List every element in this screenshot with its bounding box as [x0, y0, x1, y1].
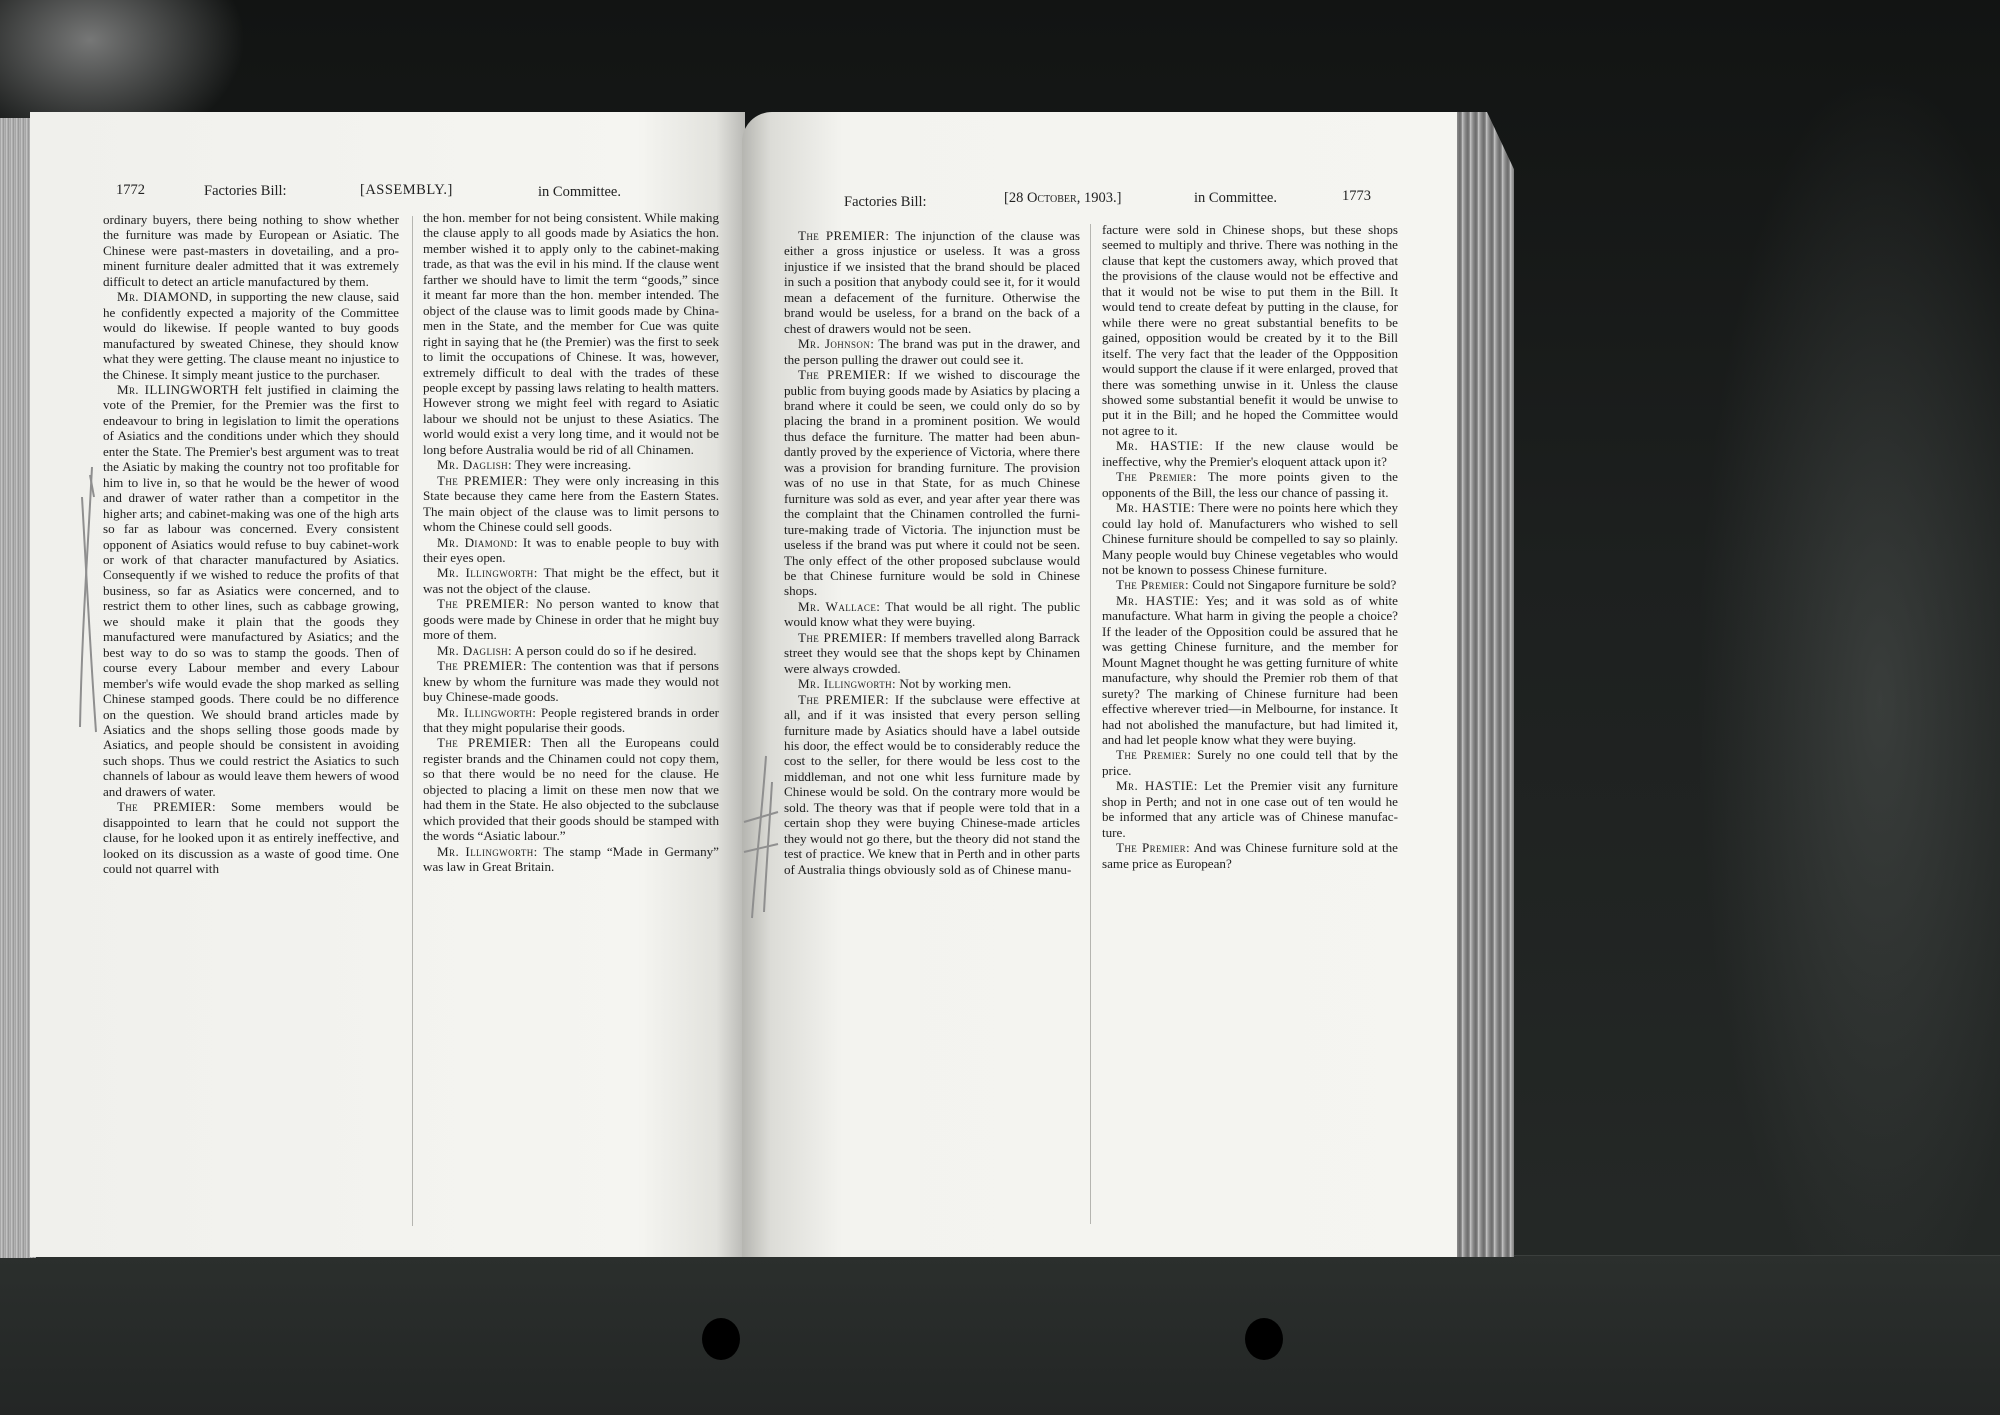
paragraph: The PREMIER: If we wished to dis­courage…	[784, 367, 1080, 599]
page-number-right: 1773	[1342, 188, 1371, 205]
paragraph: the hon. member for not being consistent…	[423, 210, 719, 457]
committee-label-right: in Committee.	[1194, 190, 1277, 207]
speaker-name: The Premier:	[1116, 469, 1197, 484]
paragraph: facture were sold in Chinese shops, but …	[1102, 222, 1398, 438]
book-page-edges-right	[1454, 112, 1514, 1257]
paragraph: The PREMIER: If the subclause were effec…	[784, 692, 1080, 877]
bill-title-left: Factories Bill:	[204, 183, 287, 200]
speaker-name: Mr. Illingworth:	[798, 676, 896, 691]
speaker-name: Mr. Daglish:	[437, 643, 512, 658]
paragraph: The PREMIER: If members travelled along …	[784, 630, 1080, 676]
speaker-name: The Premier:	[1116, 840, 1190, 855]
paragraph: ordinary buyers, there being nothing to …	[103, 212, 399, 289]
speaker-name: The PREMIER:	[117, 799, 216, 814]
scanner-bed-bottom	[0, 1255, 2000, 1415]
speaker-name: Mr. Diamond:	[437, 535, 518, 550]
paragraph: The PREMIER: Some members would be disap…	[103, 799, 399, 876]
speaker-name: Mr. Illingworth:	[437, 565, 538, 580]
paragraph: Mr. HASTIE: Let the Premier visit any fu…	[1102, 778, 1398, 840]
paragraph: Mr. Illingworth: That might be the effec…	[423, 565, 719, 596]
speaker-name: Mr. Illingworth:	[437, 844, 538, 859]
paragraph: Mr. Daglish: A person could do so if he …	[423, 643, 719, 658]
page-number-left: 1772	[116, 182, 145, 199]
pencil-hash-mark-icon	[742, 752, 782, 922]
speaker-name: Mr. Daglish:	[437, 457, 512, 472]
speaker-name: The PREMIER:	[798, 228, 889, 243]
speaker-name: Mr. Illingworth:	[437, 705, 536, 720]
paragraph: Mr. HASTIE: Yes; and it was sold as of w…	[1102, 593, 1398, 748]
speaker-name: The PREMIER:	[437, 658, 527, 673]
speaker-name: The PREMIER:	[798, 630, 887, 645]
paragraph: The Premier: And was Chinese furniture s…	[1102, 840, 1398, 871]
right-page: Factories Bill: [28 October, 1903.] in C…	[742, 112, 1457, 1257]
right-page-column-2: facture were sold in Chinese shops, but …	[1102, 222, 1398, 871]
speaker-name: Mr. HASTIE:	[1116, 593, 1199, 608]
column-divider	[412, 216, 413, 1226]
speaker-name: The PREMIER:	[798, 367, 891, 382]
paragraph: The Premier: The more points given to th…	[1102, 469, 1398, 500]
paragraph: The PREMIER: The contention was that if …	[423, 658, 719, 704]
speaker-name: The PREMIER:	[437, 735, 532, 750]
speaker-name: Mr. Johnson:	[798, 336, 874, 351]
speaker-name: The PREMIER:	[437, 473, 528, 488]
column-divider	[1090, 224, 1091, 1224]
speaker-name: Mr. ILLINGWORTH	[117, 382, 239, 397]
bill-title-right: Factories Bill:	[844, 194, 927, 211]
speaker-name: Mr. HASTIE:	[1116, 778, 1198, 793]
paragraph: Mr. Daglish: They were increasing.	[423, 457, 719, 472]
paragraph: Mr. HASTIE: There were no points here wh…	[1102, 500, 1398, 577]
left-page-column-1: ordinary buyers, there being nothing to …	[103, 212, 399, 876]
paragraph: Mr. ILLINGWORTH felt justified in claimi…	[103, 382, 399, 799]
speaker-name: The Premier:	[1116, 747, 1191, 762]
right-page-column-1: The PREMIER: The injunction of the claus…	[784, 228, 1080, 877]
committee-label-left: in Committee.	[538, 184, 621, 201]
speaker-name: The Premier:	[1116, 577, 1189, 592]
paragraph: Mr. Diamond: It was to enable people to …	[423, 535, 719, 566]
paragraph: The PREMIER: Then all the Euro­peans cou…	[423, 735, 719, 843]
paragraph: Mr. Johnson: The brand was put in the dr…	[784, 336, 1080, 367]
punch-hole-left	[702, 1318, 740, 1360]
speaker-name: Mr. Wallace:	[798, 599, 880, 614]
paragraph: Mr. Illingworth: The stamp “Made in Germ…	[423, 844, 719, 875]
paragraph: The PREMIER: No person wanted to know th…	[423, 596, 719, 642]
paragraph: Mr. DIAMOND, in supporting the new claus…	[103, 289, 399, 382]
paragraph: Mr. Illingworth: People registered brand…	[423, 705, 719, 736]
speaker-name: Mr. DIAMOND,	[117, 289, 212, 304]
session-date-text: [28 October, 1903.]	[1004, 190, 1121, 206]
speaker-name: The PREMIER:	[437, 596, 529, 611]
paragraph: The Premier: Could not Singapore furnitu…	[1102, 577, 1398, 592]
paragraph: Mr. Illingworth: Not by working men.	[784, 676, 1080, 691]
paragraph: Mr. Wallace: That would be all right. Th…	[784, 599, 1080, 630]
paragraph: The PREMIER: The injunction of the claus…	[784, 228, 1080, 336]
punch-hole-right	[1245, 1318, 1283, 1360]
paragraph: Mr. HASTIE: If the new clause would be i…	[1102, 438, 1398, 469]
left-page-column-2: the hon. member for not being consistent…	[423, 210, 719, 874]
session-date: [28 October, 1903.]	[1004, 190, 1121, 207]
speaker-name: The PREMIER:	[798, 692, 889, 707]
speaker-name: Mr. HASTIE:	[1116, 500, 1195, 515]
left-page: 1772 Factories Bill: [ASSEMBLY.] in Comm…	[30, 112, 745, 1257]
paragraph: The Premier: Surely no one could tell th…	[1102, 747, 1398, 778]
paragraph: The PREMIER: They were only increasing i…	[423, 473, 719, 535]
pencil-margin-mark-icon	[70, 457, 110, 737]
speaker-name: Mr. HASTIE:	[1116, 438, 1203, 453]
house-label: [ASSEMBLY.]	[360, 182, 453, 199]
